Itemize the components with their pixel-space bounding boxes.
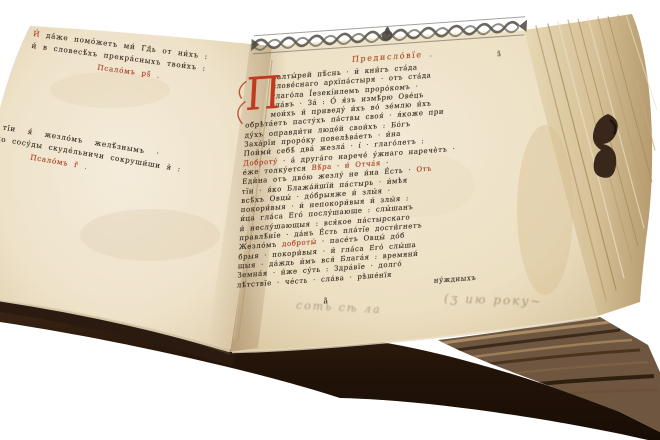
right-page-content: Предисло́вїе . П салты́рей пѣ́снь · и́ к… <box>236 13 555 300</box>
folio-mark: з̃ <box>496 48 502 60</box>
left-page-stain <box>80 209 220 261</box>
preface-text: салты́рей пѣ́снь · и́ кни́гъ ста́даслове… <box>236 54 553 300</box>
photo-canvas: И́ да́же помо́жетъ ми́ Гд̃ь от ни́хъ :и́… <box>0 0 660 440</box>
initial-flourish <box>231 79 249 126</box>
ornate-initial: П <box>245 72 283 117</box>
